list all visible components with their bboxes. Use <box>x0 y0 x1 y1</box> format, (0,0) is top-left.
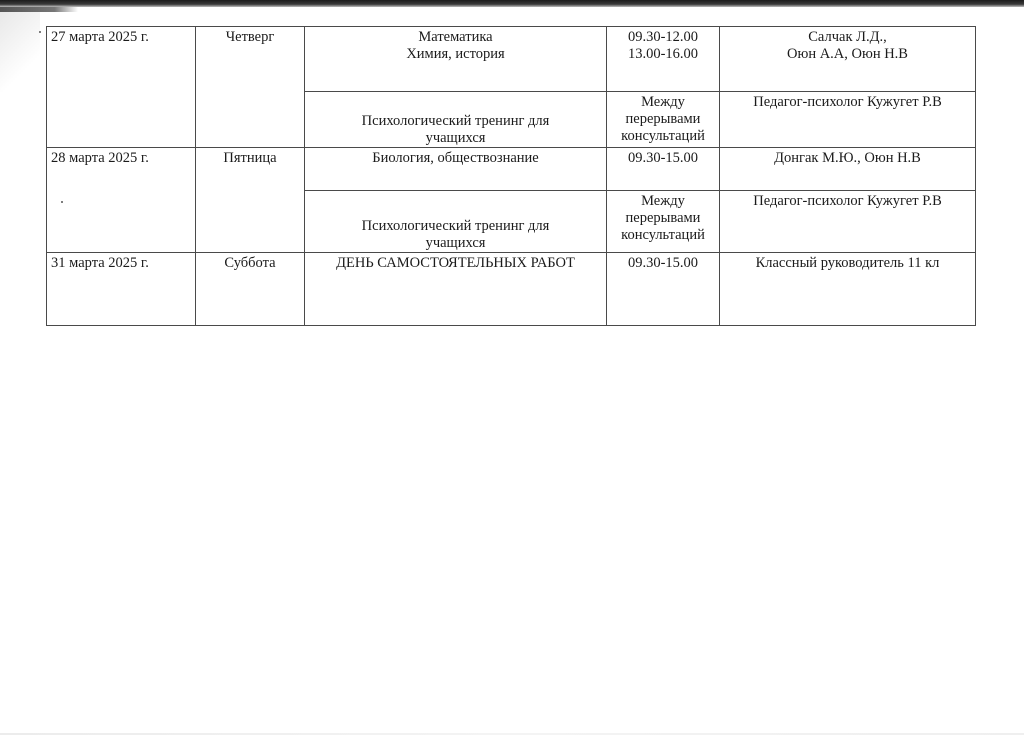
time-cell: Между перерывами консультаций <box>607 92 720 148</box>
subject-line: Химия, история <box>309 46 602 63</box>
responsible-cell: Педагог-психолог Кужугет Р.В <box>720 92 976 148</box>
responsible-line: Классный руководитель 11 кл <box>724 255 971 272</box>
responsible-cell: Педагог-психолог Кужугет Р.В <box>720 191 976 253</box>
time-line: перерывами <box>611 210 715 227</box>
weekday-cell: Пятница <box>196 148 305 253</box>
responsible-line: Педагог-психолог Кужугет Р.В <box>724 94 971 111</box>
time-line: 09.30-15.00 <box>611 150 715 167</box>
time-line: консультаций <box>611 227 715 244</box>
subject-cell: Психологический тренинг для учащихся <box>305 191 607 253</box>
scan-top-edge <box>0 0 1024 7</box>
subject-cell: Биология, обществознание <box>305 148 607 191</box>
date-text: 31 марта 2025 г. <box>51 255 149 271</box>
subject-line: Психологический тренинг для <box>309 218 602 235</box>
time-cell: Между перерывами консультаций <box>607 191 720 253</box>
subject-line: Математика <box>309 29 602 46</box>
responsible-line: Салчак Л.Д., <box>724 29 971 46</box>
responsible-cell: Классный руководитель 11 кл <box>720 253 976 326</box>
responsible-line: Донгак М.Ю., Оюн Н.В <box>724 150 971 167</box>
weekday-text: Четверг <box>226 29 275 45</box>
date-cell: 27 марта 2025 г. <box>47 27 196 148</box>
subject-line: учащихся <box>309 235 602 252</box>
subject-cell: Психологический тренинг для учащихся <box>305 92 607 148</box>
table-row: 27 марта 2025 г. Четверг Математика Хими… <box>47 27 976 92</box>
scan-speck <box>39 31 41 33</box>
subject-cell: ДЕНЬ САМОСТОЯТЕЛЬНЫХ РАБОТ <box>305 253 607 326</box>
table-row: 31 марта 2025 г. Суббота ДЕНЬ САМОСТОЯТЕ… <box>47 253 976 326</box>
responsible-line: Педагог-психолог Кужугет Р.В <box>724 193 971 210</box>
responsible-cell: Салчак Л.Д., Оюн А.А, Оюн Н.В <box>720 27 976 92</box>
scan-bottom-edge <box>0 733 1024 735</box>
subject-line: Биология, обществознание <box>309 150 602 167</box>
subject-line: учащихся <box>309 130 602 147</box>
weekday-cell: Суббота <box>196 253 305 326</box>
time-line: 09.30-15.00 <box>611 255 715 272</box>
scan-left-shadow <box>0 12 40 92</box>
date-text: 27 марта 2025 г. <box>51 29 149 45</box>
weekday-text: Суббота <box>224 255 275 271</box>
time-line: перерывами <box>611 111 715 128</box>
subject-line: ДЕНЬ САМОСТОЯТЕЛЬНЫХ РАБОТ <box>309 255 602 272</box>
responsible-line: Оюн А.А, Оюн Н.В <box>724 46 971 63</box>
responsible-cell: Донгак М.Ю., Оюн Н.В <box>720 148 976 191</box>
date-cell: 31 марта 2025 г. <box>47 253 196 326</box>
date-text: 28 марта 2025 г. <box>51 150 149 166</box>
time-line: 13.00-16.00 <box>611 46 715 63</box>
table-row: 28 марта 2025 г. Пятница Биология, общес… <box>47 148 976 191</box>
time-cell: 09.30-12.00 13.00-16.00 <box>607 27 720 92</box>
date-cell: 28 марта 2025 г. <box>47 148 196 253</box>
time-line: 09.30-12.00 <box>611 29 715 46</box>
time-cell: 09.30-15.00 <box>607 253 720 326</box>
subject-line: Психологический тренинг для <box>309 113 602 130</box>
weekday-cell: Четверг <box>196 27 305 148</box>
schedule-table: 27 марта 2025 г. Четверг Математика Хими… <box>46 26 976 326</box>
subject-cell: Математика Химия, история <box>305 27 607 92</box>
time-cell: 09.30-15.00 <box>607 148 720 191</box>
time-line: консультаций <box>611 128 715 145</box>
weekday-text: Пятница <box>223 150 276 166</box>
time-line: Между <box>611 94 715 111</box>
time-line: Между <box>611 193 715 210</box>
